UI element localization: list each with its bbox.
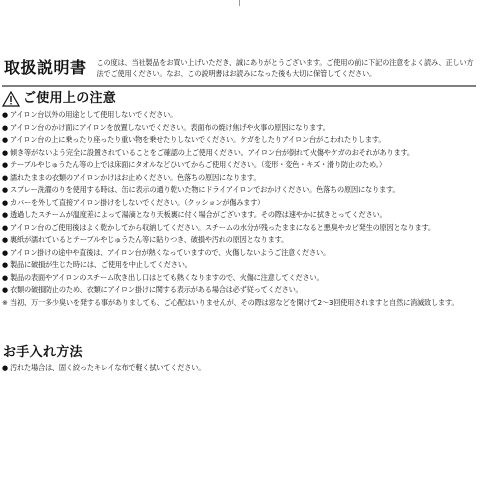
bullet: ● (2, 363, 10, 375)
document-title: 取扱説明書 (4, 58, 87, 78)
bullet: ● (2, 185, 10, 197)
item-text: 裏紙が濡れているとテーブルやじゅうたん等に貼りつき、破損や汚れの原因となります。 (10, 235, 288, 244)
bullet: ● (2, 148, 10, 160)
crop-mark (239, 0, 240, 6)
item-text: 傾き等がないよう完全に設置されていることをご確認の上ご使用ください。アイロン台が… (10, 148, 414, 157)
care-list: ●汚れた場合は、固く絞ったキレイな布で軽く拭いてください。 (2, 362, 476, 375)
bullet: ● (2, 110, 10, 122)
item-text: 汚れた場合は、固く絞ったキレイな布で軽く拭いてください。 (10, 363, 205, 372)
list-item: ●スプレー洗濯のりを使用する時は、缶に表示の通り乾いた物にドライアイロンでおかけ… (2, 184, 476, 197)
list-item: ●製品の表面やアイロンのスチーム吹き出し口はとても熱くなりますので、火傷に注意し… (2, 272, 476, 285)
list-item: ●アイロン台以外の用途として使用しないでください。 (2, 109, 476, 122)
note-item: ※当初、万一多少臭いを発する事がありましても、ご心配はいりませんが、その際は窓な… (2, 297, 476, 310)
precautions-heading: ご使用上の注意 (2, 91, 116, 107)
item-text: 当初、万一多少臭いを発する事がありましても、ご心配はいりませんが、その際は窓など… (10, 298, 458, 307)
item-text: アイロン台以外の用途として使用しないでください。 (10, 110, 177, 119)
item-text: カバーを外して直接アイロン掛けをしないでください。（クッションが傷みます） (10, 198, 264, 207)
bullet: ● (2, 123, 10, 135)
item-text: スプレー洗濯のりを使用する時は、缶に表示の通り乾いた物にドライアイロンでおかけく… (10, 185, 399, 194)
list-item: ●アイロン台の上に乗ったり座ったり重い物を乗せたりしないでください。ケガをしたり… (2, 134, 476, 147)
precautions-heading-text: ご使用上の注意 (23, 91, 116, 107)
item-text: アイロン掛けの途中や直後は、アイロン台が熱くなっていますので、火傷しないようご注… (10, 248, 330, 257)
list-item: ●アイロン台のかけ面にアイロンを放置しないでください。表面布の焼け焦げや火事の原… (2, 122, 476, 135)
item-text: アイロン台の上に乗ったり座ったり重い物を乗せたりしないでください。ケガをしたりア… (10, 135, 385, 144)
list-item: ●アイロン台のご使用後はよく乾かしてから収納してください。スチームの水分が残った… (2, 222, 476, 235)
list-item: ●透過したスチームが温度差によって湯滴となり天板裏に付く場合がございます。その際… (2, 209, 476, 222)
list-item: ●衣類の破損防止のため、衣類にアイロン掛けに関する表示がある場合は必ず従ってくだ… (2, 284, 476, 297)
bullet: ● (2, 248, 10, 260)
item-text: 透過したスチームが温度差によって湯滴となり天板裏に付く場合がございます。その際は… (10, 210, 386, 219)
bullet: ● (2, 235, 10, 247)
item-text: 衣類の破損防止のため、衣類にアイロン掛けに関する表示がある場合は必ず従ってくださ… (10, 285, 303, 294)
bullet: ● (2, 135, 10, 147)
divider (2, 85, 476, 87)
item-text: 製品に破損が生じた時には、ご使用を中止してください。 (10, 260, 192, 269)
care-heading: お手入れ方法 (3, 345, 83, 361)
intro-text: この度は、当社製品をお買い上げいただき、誠にありがとうございます。ご使用の前に下… (97, 57, 476, 79)
item-text: 製品の表面やアイロンのスチーム吹き出し口はとても熱くなりますので、火傷に注意して… (10, 273, 324, 282)
list-item: ●傾き等がないよう完全に設置されていることをご確認の上ご使用ください。アイロン台… (2, 147, 476, 160)
bullet: ● (2, 223, 10, 235)
list-item: ●アイロン掛けの途中や直後は、アイロン台が熱くなっていますので、火傷しないようご… (2, 247, 476, 260)
warning-triangle-icon (2, 91, 20, 107)
precautions-list: ●アイロン台以外の用途として使用しないでください。 ●アイロン台のかけ面にアイロ… (2, 109, 476, 309)
list-item: ●テーブルやじゅうたん等の上では床面にタオルなどひいてからご使用ください。（変形… (2, 159, 476, 172)
list-item: ●カバーを外して直接アイロン掛けをしないでください。（クッションが傷みます） (2, 197, 476, 210)
note-mark: ※ (2, 298, 10, 310)
bullet: ● (2, 210, 10, 222)
item-text: アイロン台のご使用後はよく乾かしてから収納してください。スチームの水分が残ったま… (10, 223, 435, 232)
list-item: ●製品に破損が生じた時には、ご使用を中止してください。 (2, 259, 476, 272)
bullet: ● (2, 285, 10, 297)
item-text: テーブルやじゅうたん等の上では床面にタオルなどひいてからご使用ください。（変形・… (10, 160, 386, 169)
item-text: アイロン台のかけ面にアイロンを放置しないでください。表面布の焼け焦げや火事の原因… (10, 123, 330, 132)
care-heading-text: お手入れ方法 (3, 345, 83, 361)
list-item: ●汚れた場合は、固く絞ったキレイな布で軽く拭いてください。 (2, 362, 476, 375)
document-header: 取扱説明書 この度は、当社製品をお買い上げいただき、誠にありがとうございます。ご… (4, 56, 476, 79)
list-item: ●濡れたままの衣類のアイロンかけはお止めください。色落ちの原因になります。 (2, 172, 476, 185)
list-item: ●裏紙が濡れているとテーブルやじゅうたん等に貼りつき、破損や汚れの原因となります… (2, 234, 476, 247)
bullet: ● (2, 273, 10, 285)
bullet: ● (2, 198, 10, 210)
bullet: ● (2, 160, 10, 172)
bullet: ● (2, 173, 10, 185)
bullet: ● (2, 260, 10, 272)
item-text: 濡れたままの衣類のアイロンかけはお止めください。色落ちの原因になります。 (10, 173, 260, 182)
